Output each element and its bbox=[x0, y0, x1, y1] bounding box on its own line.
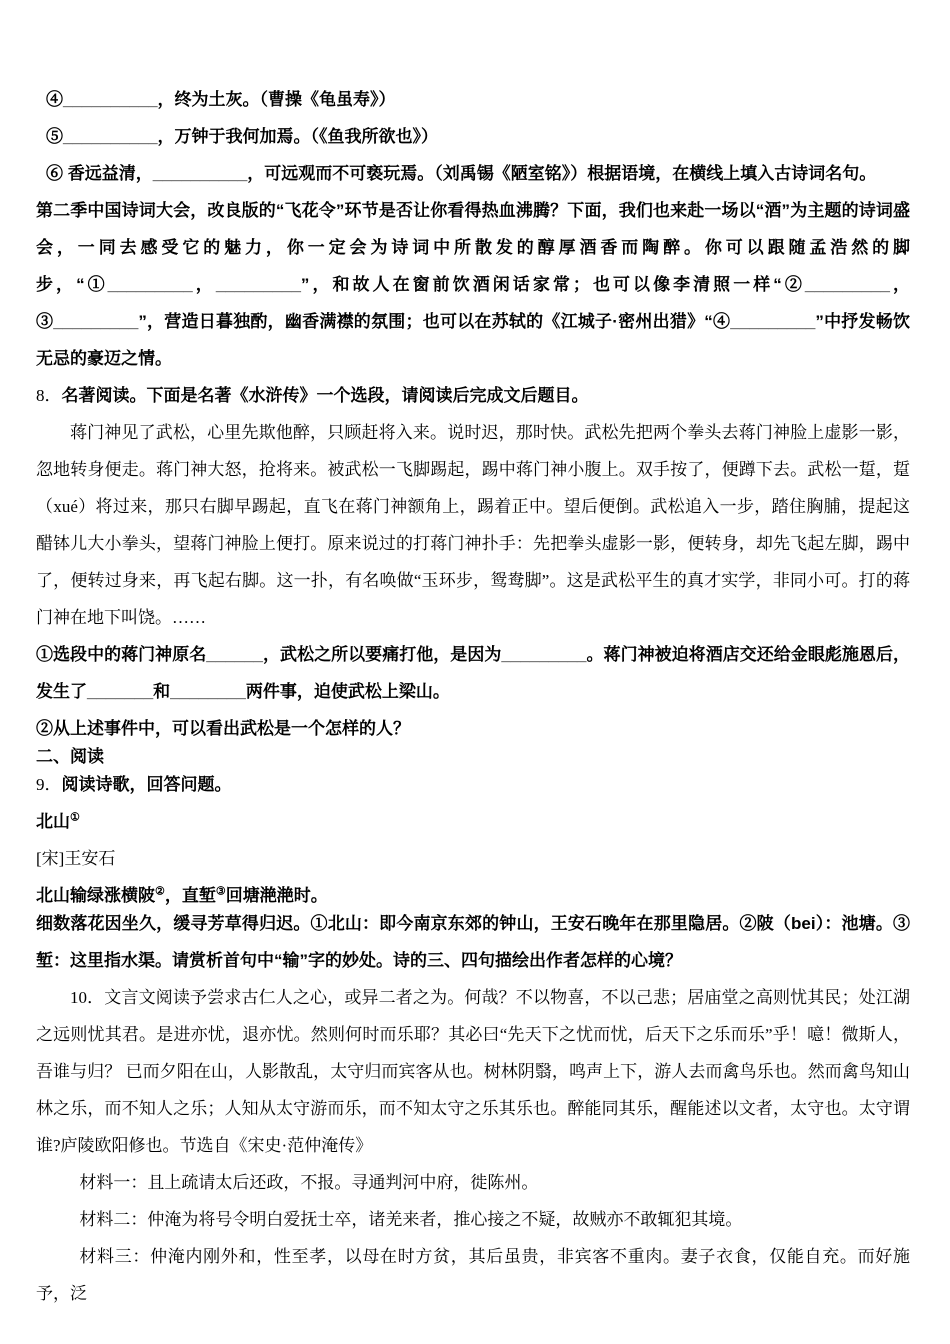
question-8-number: 8． bbox=[36, 386, 62, 405]
exam-page: ④__________，终为土灰。（曹操《龟虽寿》） ⑤__________，万… bbox=[0, 0, 950, 1344]
question-8-heading: 8．名著阅读。下面是名著《水浒传》一个选段，请阅读后完成文后题目。 bbox=[36, 377, 910, 414]
fill-blank-item-5: ⑤__________，万钟于我何加焉。（《鱼我所欲也》） bbox=[36, 118, 910, 155]
poem-title-note-marker: ① bbox=[70, 811, 80, 823]
fill-blank-item-6: ⑥ 香远益清，__________，可远观而不可亵玩焉。（刘禹锡《陋室铭》）根据… bbox=[36, 155, 910, 192]
question-9-title: 阅读诗歌，回答问题。 bbox=[62, 775, 232, 794]
fill-blank-item-4: ④__________，终为土灰。（曹操《龟虽寿》） bbox=[36, 81, 910, 118]
question-10-number: 10． bbox=[70, 988, 104, 1007]
poetry-context-paragraph: 第二季中国诗词大会，改良版的“飞花令”环节是否让你看得热血沸腾？下面，我们也来赴… bbox=[36, 192, 910, 377]
question-10-passage: 10．文言文阅读予尝求古仁人之心，或异二者之为。何哉？不以物喜，不以己悲；居庙堂… bbox=[36, 979, 910, 1164]
material-1: 材料一：且上疏请太后还政，不报。寻通判河中府，徙陈州。 bbox=[36, 1164, 910, 1201]
poem-title-text: 北山 bbox=[36, 812, 70, 831]
question-9-number: 9． bbox=[36, 775, 62, 794]
question-8-sub1: ①选段中的蒋门神原名______，武松之所以要痛打他，是因为_________。… bbox=[36, 636, 910, 710]
poem-line1-text-3: 回塘滟滟时。 bbox=[226, 886, 328, 905]
poem-line-2-and-notes: 细数落花因坐久，缓寻芳草得归迟。①北山：即今南京东郊的钟山，王安石晚年在那里隐居… bbox=[36, 905, 910, 979]
poem-line1-text-2: ，直堑 bbox=[165, 886, 216, 905]
classical-passage-text: 予尝求古仁人之心，或异二者之为。何哉？不以物喜，不以己悲；居庙堂之高则忧其民；处… bbox=[36, 988, 910, 1155]
poem-author: [宋]王安石 bbox=[36, 840, 910, 877]
shuihuzhuan-excerpt: 蒋门神见了武松，心里先欺他醉，只顾赶将入来。说时迟，那时快。武松先把两个拳头去蒋… bbox=[36, 414, 910, 636]
question-8-title: 名著阅读。下面是名著《水浒传》一个选段，请阅读后完成文后题目。 bbox=[62, 386, 589, 405]
poem-note-marker-3: ③ bbox=[216, 885, 226, 897]
poem-title: 北山① bbox=[36, 803, 910, 840]
material-2: 材料二：仲淹为将号令明白爱抚士卒，诸羌来者，推心接之不疑，故贼亦不敢辄犯其境。 bbox=[36, 1201, 910, 1238]
material-3: 材料三：仲淹内刚外和，性至孝，以母在时方贫，其后虽贵，非宾客不重肉。妻子衣食，仅… bbox=[36, 1238, 910, 1312]
poem-note-marker-2: ② bbox=[155, 885, 165, 897]
question-9-heading: 9．阅读诗歌，回答问题。 bbox=[36, 766, 910, 803]
question-10-label: 文言文阅读 bbox=[104, 988, 190, 1007]
poem-line1-text-1: 北山输绿涨横陂 bbox=[36, 886, 155, 905]
